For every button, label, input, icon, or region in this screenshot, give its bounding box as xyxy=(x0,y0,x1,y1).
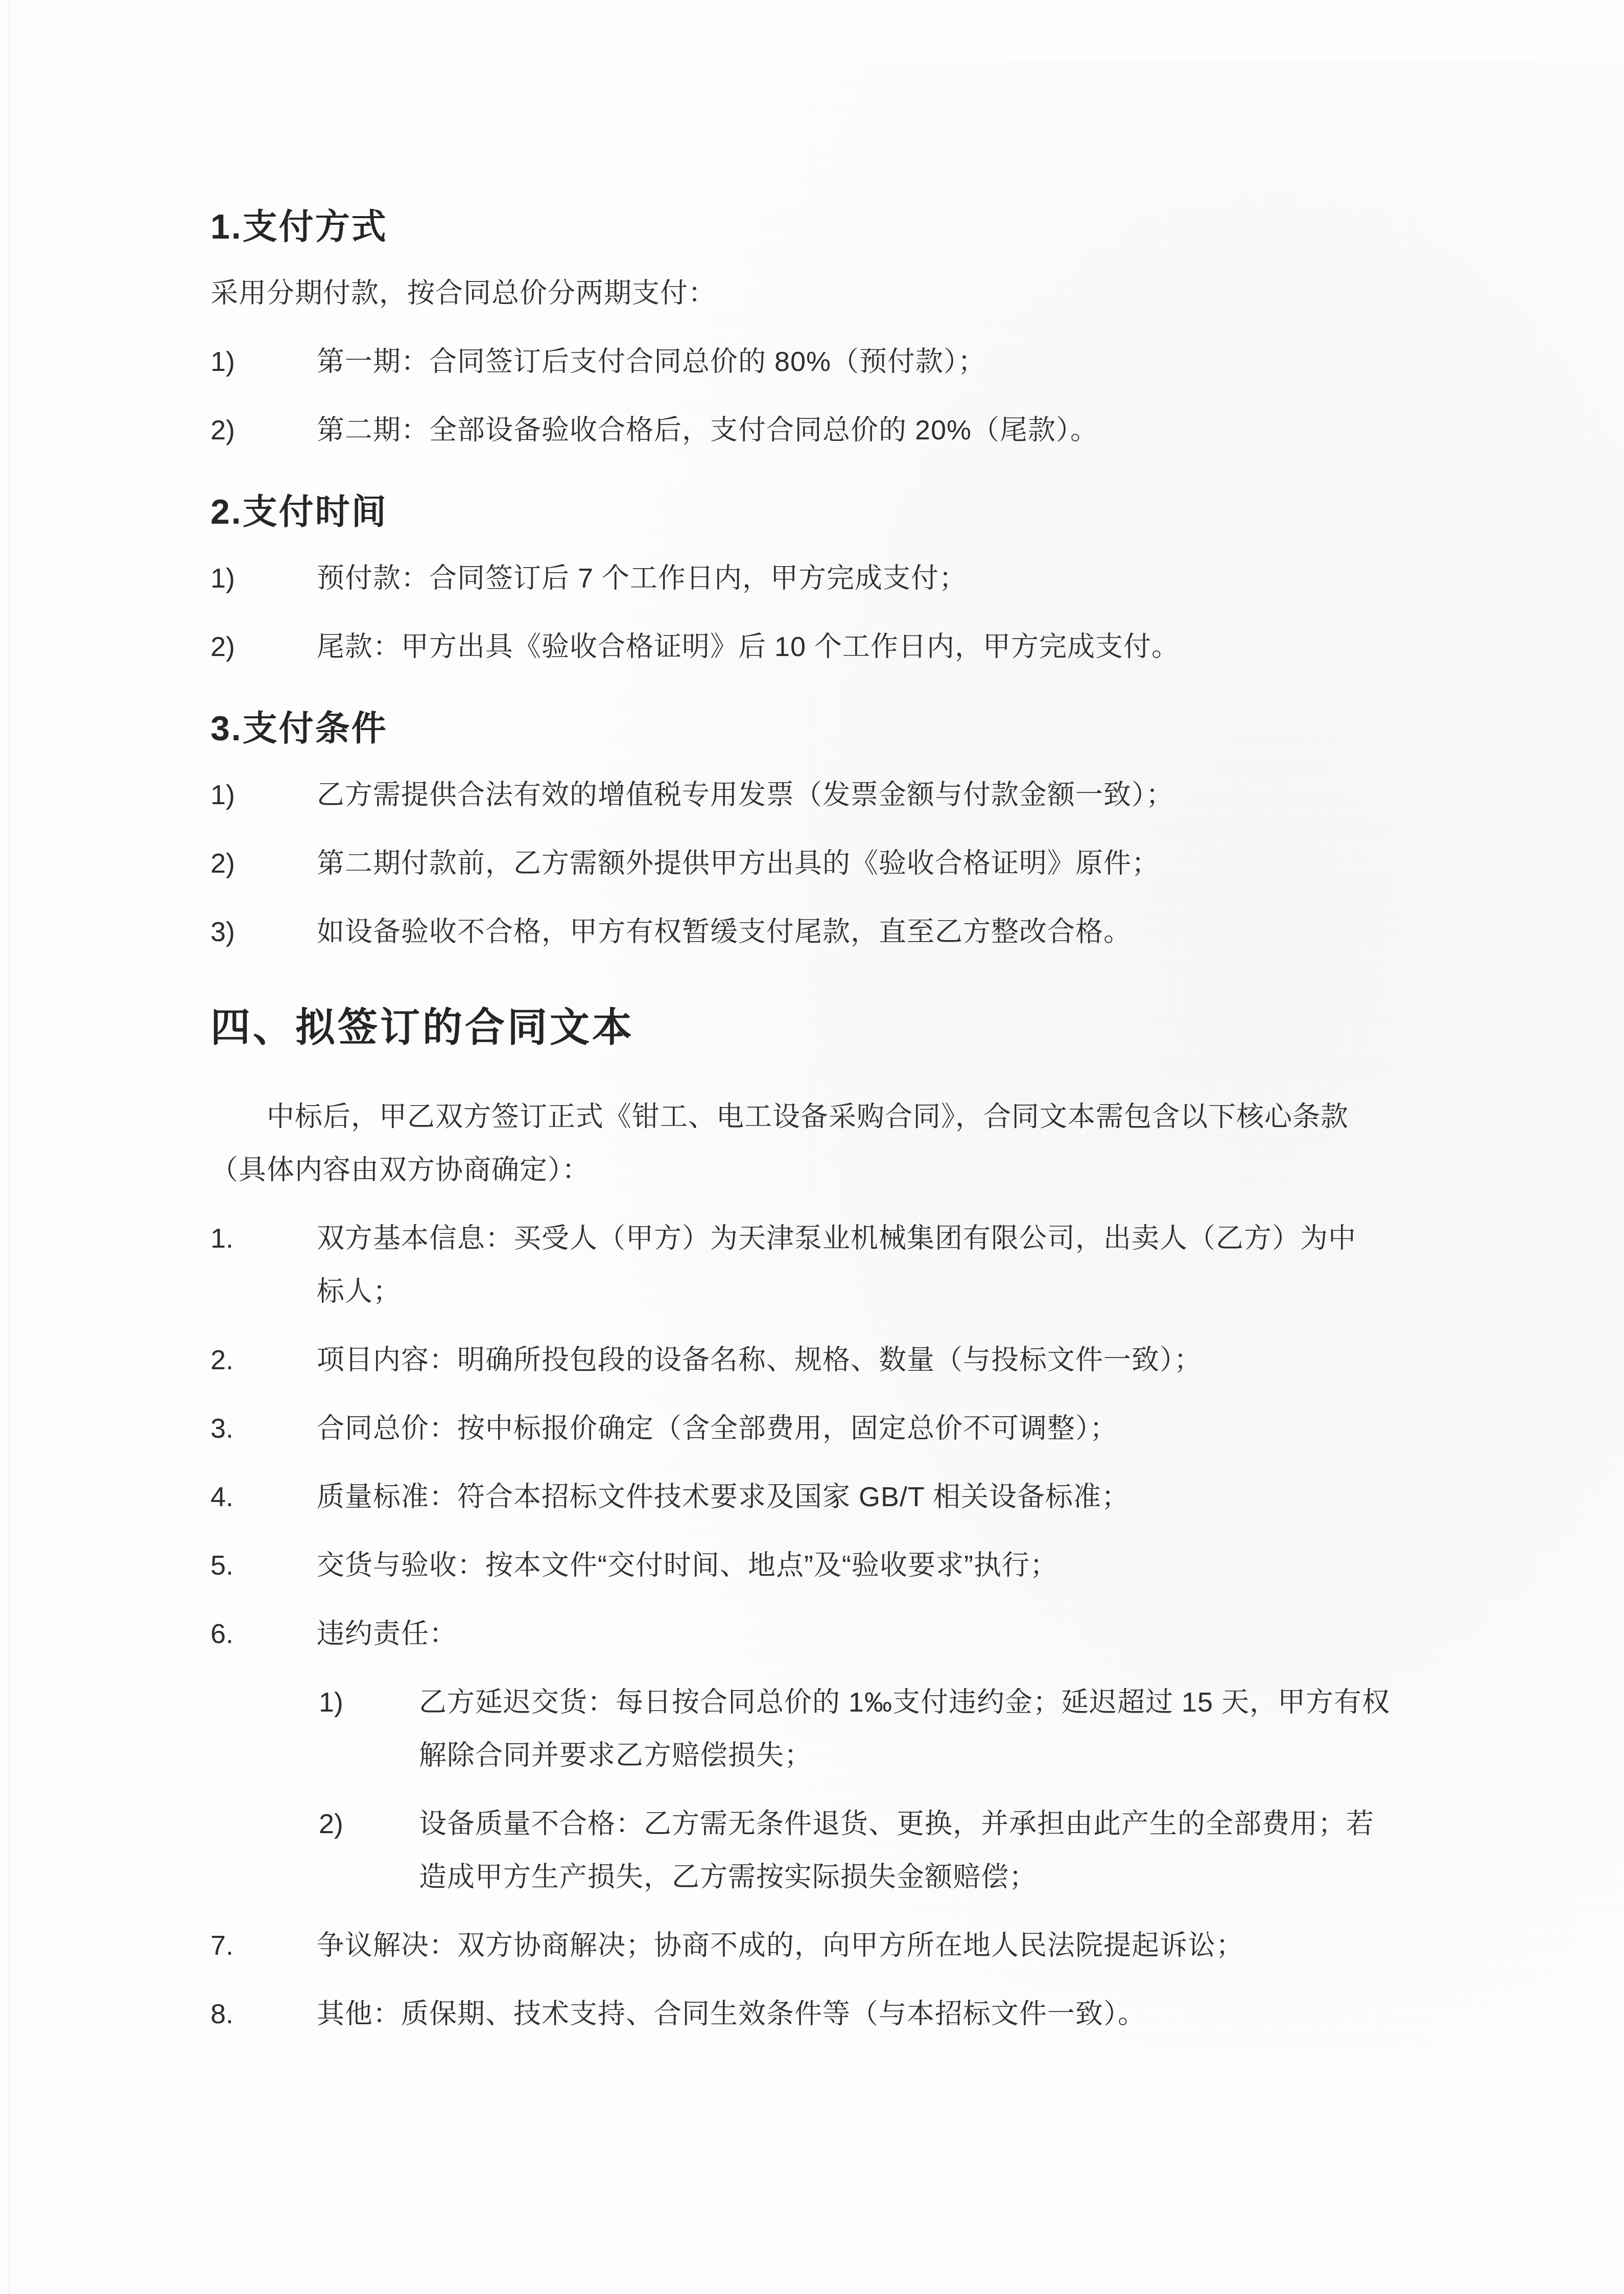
item-number: 4. xyxy=(210,1470,317,1524)
text-line: 如设备验收不合格，甲方有权暂缓支付尾款，直至乙方整改合格。 xyxy=(317,905,1460,958)
item-number: 2) xyxy=(210,620,317,673)
list-item: 1)预付款：合同签订后 7 个工作日内，甲方完成支付； xyxy=(210,552,1460,605)
scanned-document-page: { "page": { "background": "#fdfdfe", "te… xyxy=(0,0,1624,2294)
list-item: 2)第二期付款前，乙方需额外提供甲方出具的《验收合格证明》原件； xyxy=(210,837,1460,890)
sub-list-item: 1)乙方延迟交货：每日按合同总价的 1‰支付违约金；延迟超过 15 天，甲方有权… xyxy=(210,1676,1460,1782)
item-text: 质量标准：符合本招标文件技术要求及国家 GB/T 相关设备标准； xyxy=(317,1470,1460,1524)
item-number: 1) xyxy=(210,552,317,605)
list-item: 2)尾款：甲方出具《验收合格证明》后 10 个工作日内，甲方完成支付。 xyxy=(210,620,1460,673)
list-item: 8.其他：质保期、技术支持、合同生效条件等（与本招标文件一致）。 xyxy=(210,1987,1460,2041)
item-text: 争议解决：双方协商解决；协商不成的，向甲方所在地人民法院提起诉讼； xyxy=(317,1919,1460,1972)
list-item: 7.争议解决：双方协商解决；协商不成的，向甲方所在地人民法院提起诉讼； xyxy=(210,1919,1460,1972)
item-text: 设备质量不合格：乙方需无条件退货、更换，并承担由此产生的全部费用；若造成甲方生产… xyxy=(419,1797,1460,1904)
section-heading: 2.支付时间 xyxy=(210,488,1460,535)
item-text: 违约责任： xyxy=(317,1607,1460,1660)
text-line: 乙方需提供合法有效的增值税专用发票（发票金额与付款金额一致）； xyxy=(317,768,1460,822)
text-line: 合同总价：按中标报价确定（含全部费用，固定总价不可调整）； xyxy=(317,1402,1460,1455)
item-number: 1) xyxy=(319,1676,419,1782)
item-number: 3. xyxy=(210,1402,317,1455)
item-number: 7. xyxy=(210,1919,317,1972)
item-number: 5. xyxy=(210,1539,317,1592)
section-heading: 1.支付方式 xyxy=(210,203,1460,250)
section-heading: 四、拟签订的合同文本 xyxy=(210,1001,1460,1054)
paragraph: 中标后，甲乙双方签订正式《钳工、电工设备采购合同》，合同文本需包含以下核心条款（… xyxy=(210,1090,1460,1197)
item-text: 第二期：全部设备验收合格后，支付合同总价的 20%（尾款）。 xyxy=(317,404,1460,457)
document-body: 1.支付方式采用分期付款，按合同总价分两期支付：1)第一期：合同签订后支付合同总… xyxy=(210,203,1460,2056)
item-number: 3) xyxy=(210,905,317,958)
list-item: 2)第二期：全部设备验收合格后，支付合同总价的 20%（尾款）。 xyxy=(210,404,1460,457)
item-number: 1. xyxy=(210,1212,317,1318)
list-item: 3)如设备验收不合格，甲方有权暂缓支付尾款，直至乙方整改合格。 xyxy=(210,905,1460,958)
list-item: 3.合同总价：按中标报价确定（含全部费用，固定总价不可调整）； xyxy=(210,1402,1460,1455)
text-line: 尾款：甲方出具《验收合格证明》后 10 个工作日内，甲方完成支付。 xyxy=(317,620,1460,673)
list-item: 1)第一期：合同签订后支付合同总价的 80%（预付款）； xyxy=(210,335,1460,388)
list-item: 1.双方基本信息：买受人（甲方）为天津泵业机械集团有限公司，出卖人（乙方）为中标… xyxy=(210,1212,1460,1318)
item-text: 第二期付款前，乙方需额外提供甲方出具的《验收合格证明》原件； xyxy=(317,837,1460,890)
item-text: 如设备验收不合格，甲方有权暂缓支付尾款，直至乙方整改合格。 xyxy=(317,905,1460,958)
item-number: 6. xyxy=(210,1607,317,1660)
text-line: 设备质量不合格：乙方需无条件退货、更换，并承担由此产生的全部费用；若 xyxy=(419,1797,1460,1851)
item-number: 1) xyxy=(210,335,317,388)
text-line: 预付款：合同签订后 7 个工作日内，甲方完成支付； xyxy=(317,552,1460,605)
text-line: 双方基本信息：买受人（甲方）为天津泵业机械集团有限公司，出卖人（乙方）为中 xyxy=(317,1212,1460,1265)
text-line: （具体内容由双方协商确定）： xyxy=(210,1143,1460,1197)
item-number: 2) xyxy=(210,404,317,457)
text-line: 标人； xyxy=(317,1265,1460,1318)
text-line: 中标后，甲乙双方签订正式《钳工、电工设备采购合同》，合同文本需包含以下核心条款 xyxy=(210,1090,1460,1143)
text-line: 其他：质保期、技术支持、合同生效条件等（与本招标文件一致）。 xyxy=(317,1987,1460,2041)
text-line: 造成甲方生产损失，乙方需按实际损失金额赔偿； xyxy=(419,1851,1460,1904)
item-number: 2) xyxy=(210,837,317,890)
text-line: 争议解决：双方协商解决；协商不成的，向甲方所在地人民法院提起诉讼； xyxy=(317,1919,1460,1972)
item-text: 项目内容：明确所投包段的设备名称、规格、数量（与投标文件一致）； xyxy=(317,1333,1460,1387)
item-text: 双方基本信息：买受人（甲方）为天津泵业机械集团有限公司，出卖人（乙方）为中标人； xyxy=(317,1212,1460,1318)
text-line: 违约责任： xyxy=(317,1607,1460,1660)
list-item: 6.违约责任： xyxy=(210,1607,1460,1660)
text-line: 第二期：全部设备验收合格后，支付合同总价的 20%（尾款）。 xyxy=(317,404,1460,457)
list-item: 2.项目内容：明确所投包段的设备名称、规格、数量（与投标文件一致）； xyxy=(210,1333,1460,1387)
item-text: 乙方需提供合法有效的增值税专用发票（发票金额与付款金额一致）； xyxy=(317,768,1460,822)
text-line: 乙方延迟交货：每日按合同总价的 1‰支付违约金；延迟超过 15 天，甲方有权 xyxy=(419,1676,1460,1729)
item-number: 8. xyxy=(210,1987,317,2041)
text-line: 解除合同并要求乙方赔偿损失； xyxy=(419,1729,1460,1782)
page-edge-line xyxy=(8,0,9,2294)
list-item: 5.交货与验收：按本文件“交付时间、地点”及“验收要求”执行； xyxy=(210,1539,1460,1592)
paragraph: 采用分期付款，按合同总价分两期支付： xyxy=(210,267,1460,320)
list-item: 4.质量标准：符合本招标文件技术要求及国家 GB/T 相关设备标准； xyxy=(210,1470,1460,1524)
sub-list-item: 2)设备质量不合格：乙方需无条件退货、更换，并承担由此产生的全部费用；若造成甲方… xyxy=(210,1797,1460,1904)
text-line: 采用分期付款，按合同总价分两期支付： xyxy=(210,267,1460,320)
text-line: 第一期：合同签订后支付合同总价的 80%（预付款）； xyxy=(317,335,1460,388)
item-number: 2) xyxy=(319,1797,419,1904)
item-number: 2. xyxy=(210,1333,317,1387)
item-text: 交货与验收：按本文件“交付时间、地点”及“验收要求”执行； xyxy=(317,1539,1460,1592)
item-text: 其他：质保期、技术支持、合同生效条件等（与本招标文件一致）。 xyxy=(317,1987,1460,2041)
list-item: 1)乙方需提供合法有效的增值税专用发票（发票金额与付款金额一致）； xyxy=(210,768,1460,822)
item-text: 乙方延迟交货：每日按合同总价的 1‰支付违约金；延迟超过 15 天，甲方有权解除… xyxy=(419,1676,1460,1782)
item-text: 尾款：甲方出具《验收合格证明》后 10 个工作日内，甲方完成支付。 xyxy=(317,620,1460,673)
item-text: 合同总价：按中标报价确定（含全部费用，固定总价不可调整）； xyxy=(317,1402,1460,1455)
item-text: 预付款：合同签订后 7 个工作日内，甲方完成支付； xyxy=(317,552,1460,605)
text-line: 交货与验收：按本文件“交付时间、地点”及“验收要求”执行； xyxy=(317,1539,1460,1592)
section-heading: 3.支付条件 xyxy=(210,705,1460,752)
item-number: 1) xyxy=(210,768,317,822)
text-line: 质量标准：符合本招标文件技术要求及国家 GB/T 相关设备标准； xyxy=(317,1470,1460,1524)
item-text: 第一期：合同签订后支付合同总价的 80%（预付款）； xyxy=(317,335,1460,388)
text-line: 项目内容：明确所投包段的设备名称、规格、数量（与投标文件一致）； xyxy=(317,1333,1460,1387)
text-line: 第二期付款前，乙方需额外提供甲方出具的《验收合格证明》原件； xyxy=(317,837,1460,890)
